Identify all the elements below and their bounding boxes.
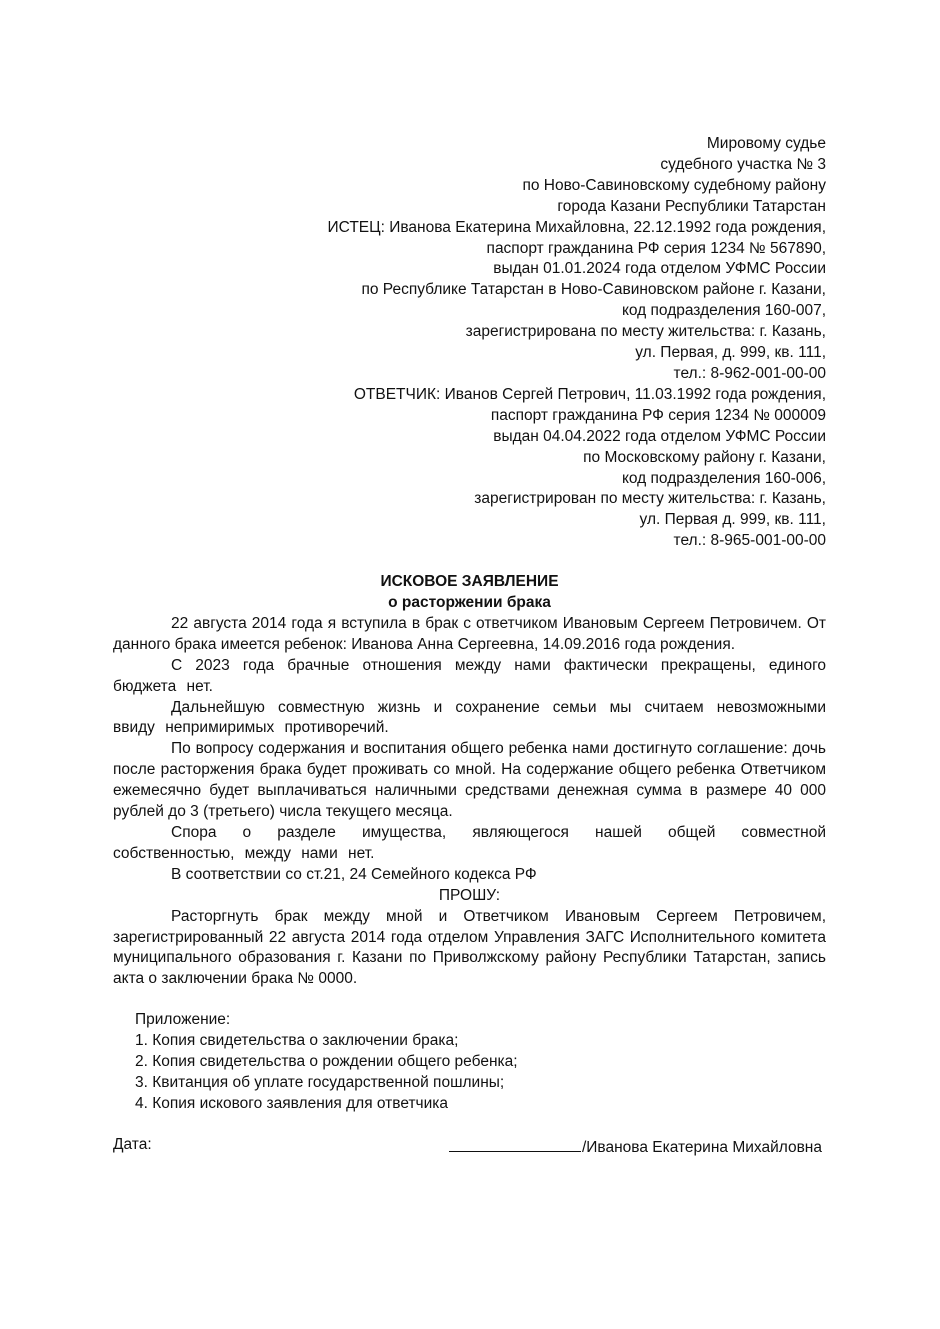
addressee-line: по Ново-Савиновскому судебному району — [113, 176, 826, 197]
signer-name: /Иванова Екатерина Михайловна — [582, 1139, 822, 1156]
plaintiff-line: ул. Первая, д. 999, кв. 111, — [113, 343, 826, 364]
paragraph-relations: С 2023 года брачные отношения между нами… — [113, 656, 826, 698]
addressee-line: города Казани Республики Татарстан — [113, 197, 826, 218]
signature-block: Дата: /Иванова Екатерина Михайловна — [113, 1135, 826, 1157]
paragraph-child-support: По вопросу содержания и воспитания общег… — [113, 739, 826, 823]
document-title: ИСКОВОЕ ЗАЯВЛЕНИЕ о расторжении брака — [113, 572, 826, 614]
plaintiff-line: выдан 01.01.2024 года отделом УФМС Росси… — [113, 259, 826, 280]
title-main: ИСКОВОЕ ЗАЯВЛЕНИЕ — [113, 572, 826, 593]
paragraph-impossible: Дальнейшую совместную жизнь и сохранение… — [113, 698, 826, 740]
paragraph-request: Расторгнуть брак между мной и Ответчиком… — [113, 907, 826, 991]
attachment-item: 4. Копия искового заявления для ответчик… — [135, 1094, 826, 1115]
date-label: Дата: — [113, 1135, 152, 1156]
attachment-item: 1. Копия свидетельства о заключении брак… — [135, 1031, 826, 1052]
document-body: 22 августа 2014 года я вступила в брак с… — [113, 614, 826, 990]
plaintiff-line: зарегистрирована по месту жительства: г.… — [113, 322, 826, 343]
attachments: Приложение: 1. Копия свидетельства о зак… — [113, 1010, 826, 1115]
defendant-line: ОТВЕТЧИК: Иванов Сергей Петрович, 11.03.… — [113, 385, 826, 406]
paragraph-legal-basis: В соответствии со ст.21, 24 Семейного ко… — [113, 865, 826, 886]
document-page: Мировому судье судебного участка № 3 по … — [113, 134, 826, 1157]
plaintiff-line: паспорт гражданина РФ серия 1234 № 56789… — [113, 239, 826, 260]
paragraph-property: Спора о разделе имущества, являющегося н… — [113, 823, 826, 865]
defendant-line: код подразделения 160-006, — [113, 469, 826, 490]
signature-line — [449, 1135, 581, 1152]
document-header: Мировому судье судебного участка № 3 по … — [113, 134, 826, 552]
plaintiff-line: код подразделения 160-007, — [113, 301, 826, 322]
request-heading: ПРОШУ: — [113, 886, 826, 907]
addressee-line: Мировому судье — [113, 134, 826, 155]
plaintiff-line: тел.: 8-962-001-00-00 — [113, 364, 826, 385]
attachments-label: Приложение: — [135, 1010, 826, 1031]
signature: /Иванова Екатерина Михайловна — [449, 1135, 822, 1159]
title-sub: о расторжении брака — [113, 593, 826, 614]
attachment-item: 2. Копия свидетельства о рождении общего… — [135, 1052, 826, 1073]
plaintiff-line: ИСТЕЦ: Иванова Екатерина Михайловна, 22.… — [113, 218, 826, 239]
plaintiff-line: по Республике Татарстан в Ново-Савиновск… — [113, 280, 826, 301]
defendant-line: выдан 04.04.2022 года отделом УФМС Росси… — [113, 427, 826, 448]
attachment-item: 3. Квитанция об уплате государственной п… — [135, 1073, 826, 1094]
defendant-line: ул. Первая д. 999, кв. 111, — [113, 510, 826, 531]
defendant-line: по Московскому району г. Казани, — [113, 448, 826, 469]
defendant-line: зарегистрирован по месту жительства: г. … — [113, 489, 826, 510]
defendant-line: паспорт гражданина РФ серия 1234 № 00000… — [113, 406, 826, 427]
paragraph-marriage: 22 августа 2014 года я вступила в брак с… — [113, 614, 826, 656]
defendant-line: тел.: 8-965-001-00-00 — [113, 531, 826, 552]
addressee-line: судебного участка № 3 — [113, 155, 826, 176]
